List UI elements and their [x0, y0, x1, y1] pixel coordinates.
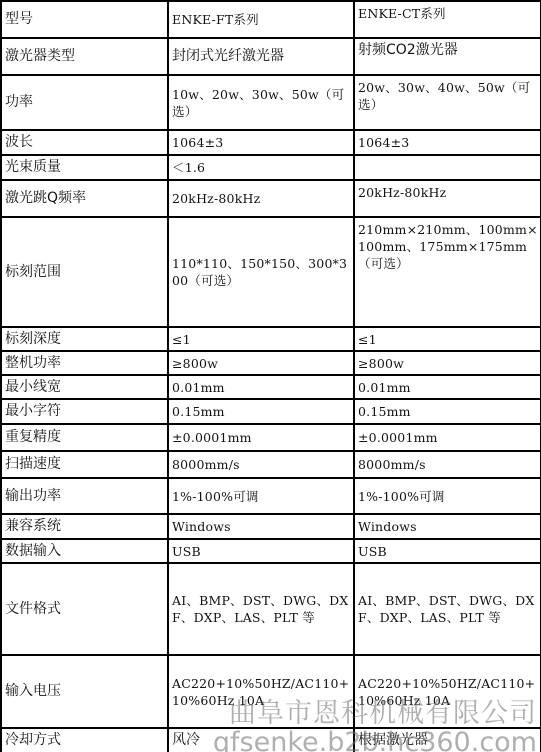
row-label: 整机功率 [1, 351, 168, 375]
table-row-marking-depth: 标刻深度 ≤1 ≤1 [1, 327, 541, 351]
ft-value: 110*110、150*150、300*300（可选） [168, 217, 354, 327]
ct-value: 0.15mm [354, 399, 541, 424]
table-row-data-input: 数据输入 USB USB [1, 539, 541, 563]
ft-value: 封闭式光纤激光器 [168, 38, 354, 75]
row-label: 重复精度 [1, 424, 168, 451]
ct-value: 210mm×210mm、100mm×100mm、175mm×175mm（可选） [354, 217, 541, 327]
ft-value: ±0.0001mm [168, 424, 354, 451]
ft-value: ≤1 [168, 327, 354, 351]
row-label: 波长 [1, 130, 168, 155]
ct-value: ENKE-CT系列 [354, 1, 541, 38]
ct-value: 1%-100%可调 [354, 478, 541, 514]
row-label: 功率 [1, 75, 168, 130]
row-label: 型号 [1, 1, 168, 38]
ft-value: 1064±3 [168, 130, 354, 155]
table-row-output-power: 输出功率 1%-100%可调 1%-100%可调 [1, 478, 541, 514]
table-row-min-character: 最小字符 0.15mm 0.15mm [1, 399, 541, 424]
table-row-scan-speed: 扫描速度 8000mm/s 8000mm/s [1, 451, 541, 478]
ft-value: ≥800w [168, 351, 354, 375]
row-label: 兼容系统 [1, 514, 168, 539]
ct-value: ≤1 [354, 327, 541, 351]
table-row-repeat-accuracy: 重复精度 ±0.0001mm ±0.0001mm [1, 424, 541, 451]
row-label: 输入电压 [1, 655, 168, 728]
table-row-cooling: 冷却方式 风冷 根据激光器 [1, 728, 541, 752]
table-row-beam-quality: 光束质量 ＜1.6 [1, 155, 541, 180]
ct-value: Windows [354, 514, 541, 539]
row-label: 标刻范围 [1, 217, 168, 327]
row-label: 最小线宽 [1, 375, 168, 399]
ft-value: AC220+10%50HZ/AC110+10%60Hz 10A [168, 655, 354, 728]
table-row-min-line-width: 最小线宽 0.01mm 0.01mm [1, 375, 541, 399]
table-row-power: 功率 10w、20w、30w、50w（可选） 20w、30w、40w、50w（可… [1, 75, 541, 130]
ct-value: ≥800w [354, 351, 541, 375]
table-row-marking-range: 标刻范围 110*110、150*150、300*300（可选） 210mm×2… [1, 217, 541, 327]
table-row-input-voltage: 输入电压 AC220+10%50HZ/AC110+10%60Hz 10A AC2… [1, 655, 541, 728]
row-label: 扫描速度 [1, 451, 168, 478]
ft-value: 风冷 [168, 728, 354, 752]
ft-value: 0.15mm [168, 399, 354, 424]
table-row-model: 型号 ENKE-FT系列 ENKE-CT系列 [1, 1, 541, 38]
ft-value: ＜1.6 [168, 155, 354, 180]
ft-value: USB [168, 539, 354, 563]
ct-value [354, 155, 541, 180]
row-label: 数据输入 [1, 539, 168, 563]
ft-value: 1%-100%可调 [168, 478, 354, 514]
row-label: 光束质量 [1, 155, 168, 180]
ct-value: 射频CO2激光器 [354, 38, 541, 75]
ft-value: 20kHz-80kHz [168, 180, 354, 217]
table-row-machine-power: 整机功率 ≥800w ≥800w [1, 351, 541, 375]
row-label: 激光跳Q频率 [1, 180, 168, 217]
row-label: 激光器类型 [1, 38, 168, 75]
ft-value: 8000mm/s [168, 451, 354, 478]
ft-value: Windows [168, 514, 354, 539]
row-label: 最小字符 [1, 399, 168, 424]
table-row-q-frequency: 激光跳Q频率 20kHz-80kHz 20kHz-80kHz [1, 180, 541, 217]
ct-value: AI、BMP、DST、DWG、DXF、DXP、LAS、PLT 等 [354, 563, 541, 655]
row-label: 文件格式 [1, 563, 168, 655]
ft-value: 0.01mm [168, 375, 354, 399]
ct-value: USB [354, 539, 541, 563]
ct-value: 8000mm/s [354, 451, 541, 478]
ct-value: 20w、30w、40w、50w（可选） [354, 75, 541, 130]
table-row-wavelength: 波长 1064±3 1064±3 [1, 130, 541, 155]
ft-value: ENKE-FT系列 [168, 1, 354, 38]
ft-value: AI、BMP、DST、DWG、DXF、DXP、LAS、PLT 等 [168, 563, 354, 655]
ft-value: 10w、20w、30w、50w（可选） [168, 75, 354, 130]
ct-value: AC220+10%50HZ/AC110+10%60Hz 10A [354, 655, 541, 728]
row-label: 标刻深度 [1, 327, 168, 351]
ct-value: 0.01mm [354, 375, 541, 399]
table-row-laser-type: 激光器类型 封闭式光纤激光器 射频CO2激光器 [1, 38, 541, 75]
ct-value: 1064±3 [354, 130, 541, 155]
ct-value: 根据激光器 [354, 728, 541, 752]
spec-table: 型号 ENKE-FT系列 ENKE-CT系列 激光器类型 封闭式光纤激光器 射频… [0, 0, 541, 752]
ct-value: ±0.0001mm [354, 424, 541, 451]
ct-value: 20kHz-80kHz [354, 180, 541, 217]
row-label: 输出功率 [1, 478, 168, 514]
row-label: 冷却方式 [1, 728, 168, 752]
table-row-compatible-system: 兼容系统 Windows Windows [1, 514, 541, 539]
table-row-file-format: 文件格式 AI、BMP、DST、DWG、DXF、DXP、LAS、PLT 等 AI… [1, 563, 541, 655]
